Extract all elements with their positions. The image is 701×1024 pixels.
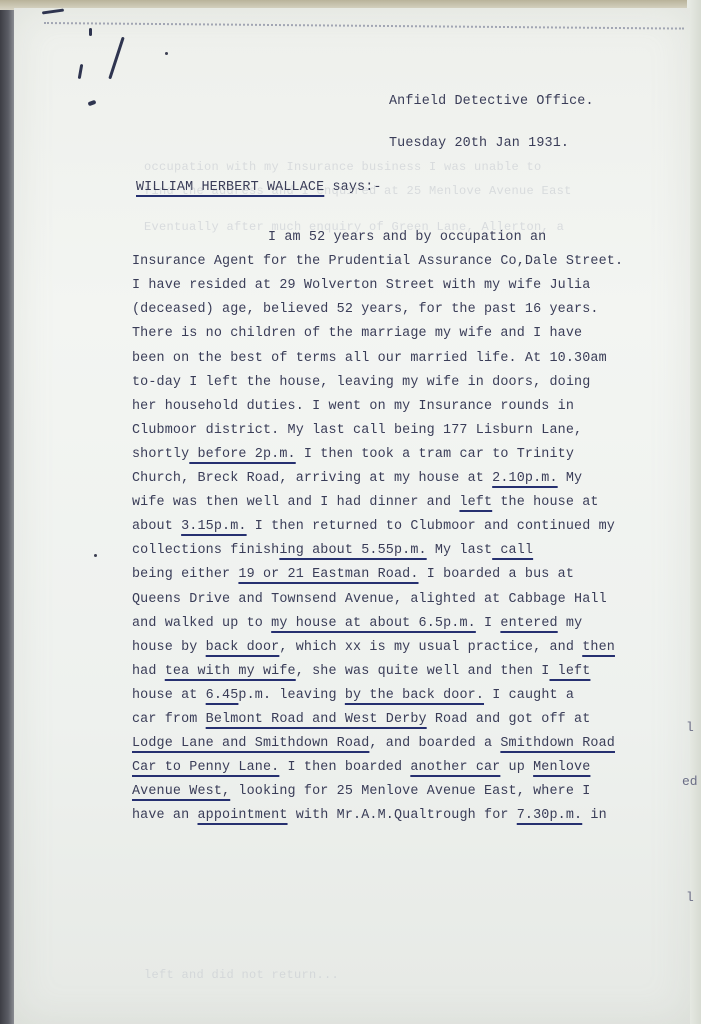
text-run: house by — [132, 640, 206, 655]
text-run: I boarded a bus at — [419, 567, 575, 582]
margin-fragment: ed — [682, 774, 698, 789]
text-run: in — [582, 808, 607, 823]
statement-line: shortly before 2p.m. I then took a tram … — [132, 447, 574, 462]
text-run: have an — [132, 808, 198, 823]
statement-line: There is no children of the marriage my … — [132, 326, 582, 341]
statement-line: Lodge Lane and Smithdown Road, and board… — [132, 736, 615, 751]
statement-line: been on the best of terms all our marrie… — [132, 351, 607, 366]
underlined-phrase: 6.45 — [206, 688, 239, 703]
text-run: Insurance Agent for the Prudential Assur… — [132, 254, 623, 269]
text-run: the house at — [492, 495, 598, 510]
underlined-phrase: by the back door. — [345, 688, 484, 703]
underlined-phrase: left — [550, 664, 591, 679]
ink-speck — [94, 554, 97, 557]
underlined-phrase: Lodge Lane and Smithdown Road — [132, 736, 369, 751]
underlined-phrase: 2.10p.m. — [492, 471, 558, 486]
text-run: I caught a — [484, 688, 574, 703]
ink-speck — [165, 52, 168, 55]
text-run: house at — [132, 688, 206, 703]
text-run: looking for 25 Menlove Avenue East, wher… — [230, 784, 590, 799]
statement-line: wife was then well and I had dinner and … — [132, 495, 599, 510]
underlined-phrase: entered — [500, 616, 557, 631]
statement-line: Clubmoor district. My last call being 17… — [132, 423, 582, 438]
underlined-phrase: another car — [410, 760, 500, 775]
text-run: , she was quite well and then I — [296, 664, 550, 679]
statement-line: her household duties. I went on my Insur… — [132, 399, 574, 414]
text-run: her household duties. I went on my Insur… — [132, 399, 574, 414]
statement-line: car from Belmont Road and West Derby Roa… — [132, 712, 590, 727]
underlined-phrase: call — [492, 543, 533, 558]
statement-line: Insurance Agent for the Prudential Assur… — [132, 254, 623, 269]
pen-mark — [88, 100, 97, 106]
underlined-phrase: Menlove — [533, 760, 590, 775]
text-run: , which xx is my usual practice, and — [279, 640, 582, 655]
statement-line: have an appointment with Mr.A.M.Qualtrou… — [132, 808, 607, 823]
statement-line: collections finishing about 5.55p.m. My … — [132, 543, 533, 558]
pen-mark — [89, 28, 92, 36]
text-run: Road and got off at — [427, 712, 591, 727]
underlined-phrase: appointment — [198, 808, 288, 823]
text-run: wife was then well and I had dinner and — [132, 495, 459, 510]
underlined-phrase: ing about 5.55p.m. — [279, 543, 426, 558]
text-run: Queens Drive and Townsend Avenue, alight… — [132, 592, 607, 607]
text-run: up — [500, 760, 533, 775]
underlined-phrase: Car to Penny Lane. — [132, 760, 279, 775]
underlined-phrase: 7.30p.m. — [517, 808, 583, 823]
statement-line: being either 19 or 21 Eastman Road. I bo… — [132, 567, 574, 582]
pen-mark — [42, 8, 64, 14]
text-run: I — [476, 616, 501, 631]
speaker-suffix: says:- — [324, 180, 381, 195]
statement-line: I have resided at 29 Wolverton Street wi… — [132, 278, 590, 293]
text-run: shortly — [132, 447, 189, 462]
bleed-through-text: occupation with my Insurance business I … — [144, 160, 542, 174]
text-run: I then took a tram car to Trinity — [296, 447, 574, 462]
text-run: to-day I left the house, leaving my wife… — [132, 375, 590, 390]
text-run: about — [132, 519, 181, 534]
text-run: I am 52 years and by occupation an — [268, 230, 546, 245]
text-run: been on the best of terms all our marrie… — [132, 351, 607, 366]
statement-line: about 3.15p.m. I then returned to Clubmo… — [132, 519, 615, 534]
text-run: p.m. leaving — [238, 688, 344, 703]
text-run: I then boarded — [279, 760, 410, 775]
underlined-phrase: before 2p.m. — [189, 447, 295, 462]
margin-fragment: l — [686, 720, 694, 735]
text-run: my — [558, 616, 583, 631]
text-run: being either — [132, 567, 238, 582]
underlined-phrase: my house at about 6.5p.m. — [271, 616, 476, 631]
underlined-phrase: 19 or 21 Eastman Road. — [238, 567, 418, 582]
text-run: My last — [427, 543, 493, 558]
underlined-phrase: back door — [206, 640, 280, 655]
statement-line: Church, Breck Road, arriving at my house… — [132, 471, 582, 486]
text-run: (deceased) age, believed 52 years, for t… — [132, 302, 599, 317]
margin-fragment: l — [686, 890, 694, 905]
text-run: There is no children of the marriage my … — [132, 326, 582, 341]
underlined-phrase: Belmont Road and West Derby — [206, 712, 427, 727]
underlined-phrase: 3.15p.m. — [181, 519, 247, 534]
statement-date: Tuesday 20th Jan 1931. — [389, 136, 569, 151]
statement-line: (deceased) age, believed 52 years, for t… — [132, 302, 599, 317]
statement-line: I am 52 years and by occupation an — [268, 230, 546, 245]
underlined-phrase: then — [582, 640, 615, 655]
underlined-phrase: left — [459, 495, 492, 510]
text-run: My — [558, 471, 583, 486]
statement-line: to-day I left the house, leaving my wife… — [132, 375, 590, 390]
underlined-phrase: Smithdown Road — [500, 736, 615, 751]
statement-line: house by back door, which xx is my usual… — [132, 640, 615, 655]
text-run: and walked up to — [132, 616, 271, 631]
text-run: , and boarded a — [369, 736, 500, 751]
underlined-phrase: tea with my wife — [165, 664, 296, 679]
statement-line: Car to Penny Lane. I then boarded anothe… — [132, 760, 590, 775]
pen-mark — [108, 37, 124, 80]
text-run: I have resided at 29 Wolverton Street wi… — [132, 278, 590, 293]
statement-line: Avenue West, looking for 25 Menlove Aven… — [132, 784, 590, 799]
underlined-phrase: Avenue West, — [132, 784, 230, 799]
desk-background — [0, 0, 14, 1024]
text-run: Clubmoor district. My last call being 17… — [132, 423, 582, 438]
text-run: collections finish — [132, 543, 279, 558]
speaker-name: WILLIAM HERBERT WALLACE — [136, 180, 324, 195]
text-run: car from — [132, 712, 206, 727]
pen-mark — [78, 64, 84, 79]
speaker-line: WILLIAM HERBERT WALLACE says:- — [136, 180, 382, 195]
office-heading: Anfield Detective Office. — [389, 94, 594, 109]
statement-line: house at 6.45p.m. leaving by the back do… — [132, 688, 574, 703]
text-run: had — [132, 664, 165, 679]
dotted-rule — [44, 22, 684, 30]
text-run: Church, Breck Road, arriving at my house… — [132, 471, 492, 486]
statement-line: and walked up to my house at about 6.5p.… — [132, 616, 582, 631]
typed-statement-page: occupation with my Insurance business I … — [14, 8, 690, 1024]
statement-line: Queens Drive and Townsend Avenue, alight… — [132, 592, 607, 607]
text-run: with Mr.A.M.Qualtrough for — [288, 808, 517, 823]
statement-line: had tea with my wife, she was quite well… — [132, 664, 590, 679]
bleed-through-text: left and did not return... — [144, 968, 339, 982]
text-run: I then returned to Clubmoor and continue… — [247, 519, 615, 534]
